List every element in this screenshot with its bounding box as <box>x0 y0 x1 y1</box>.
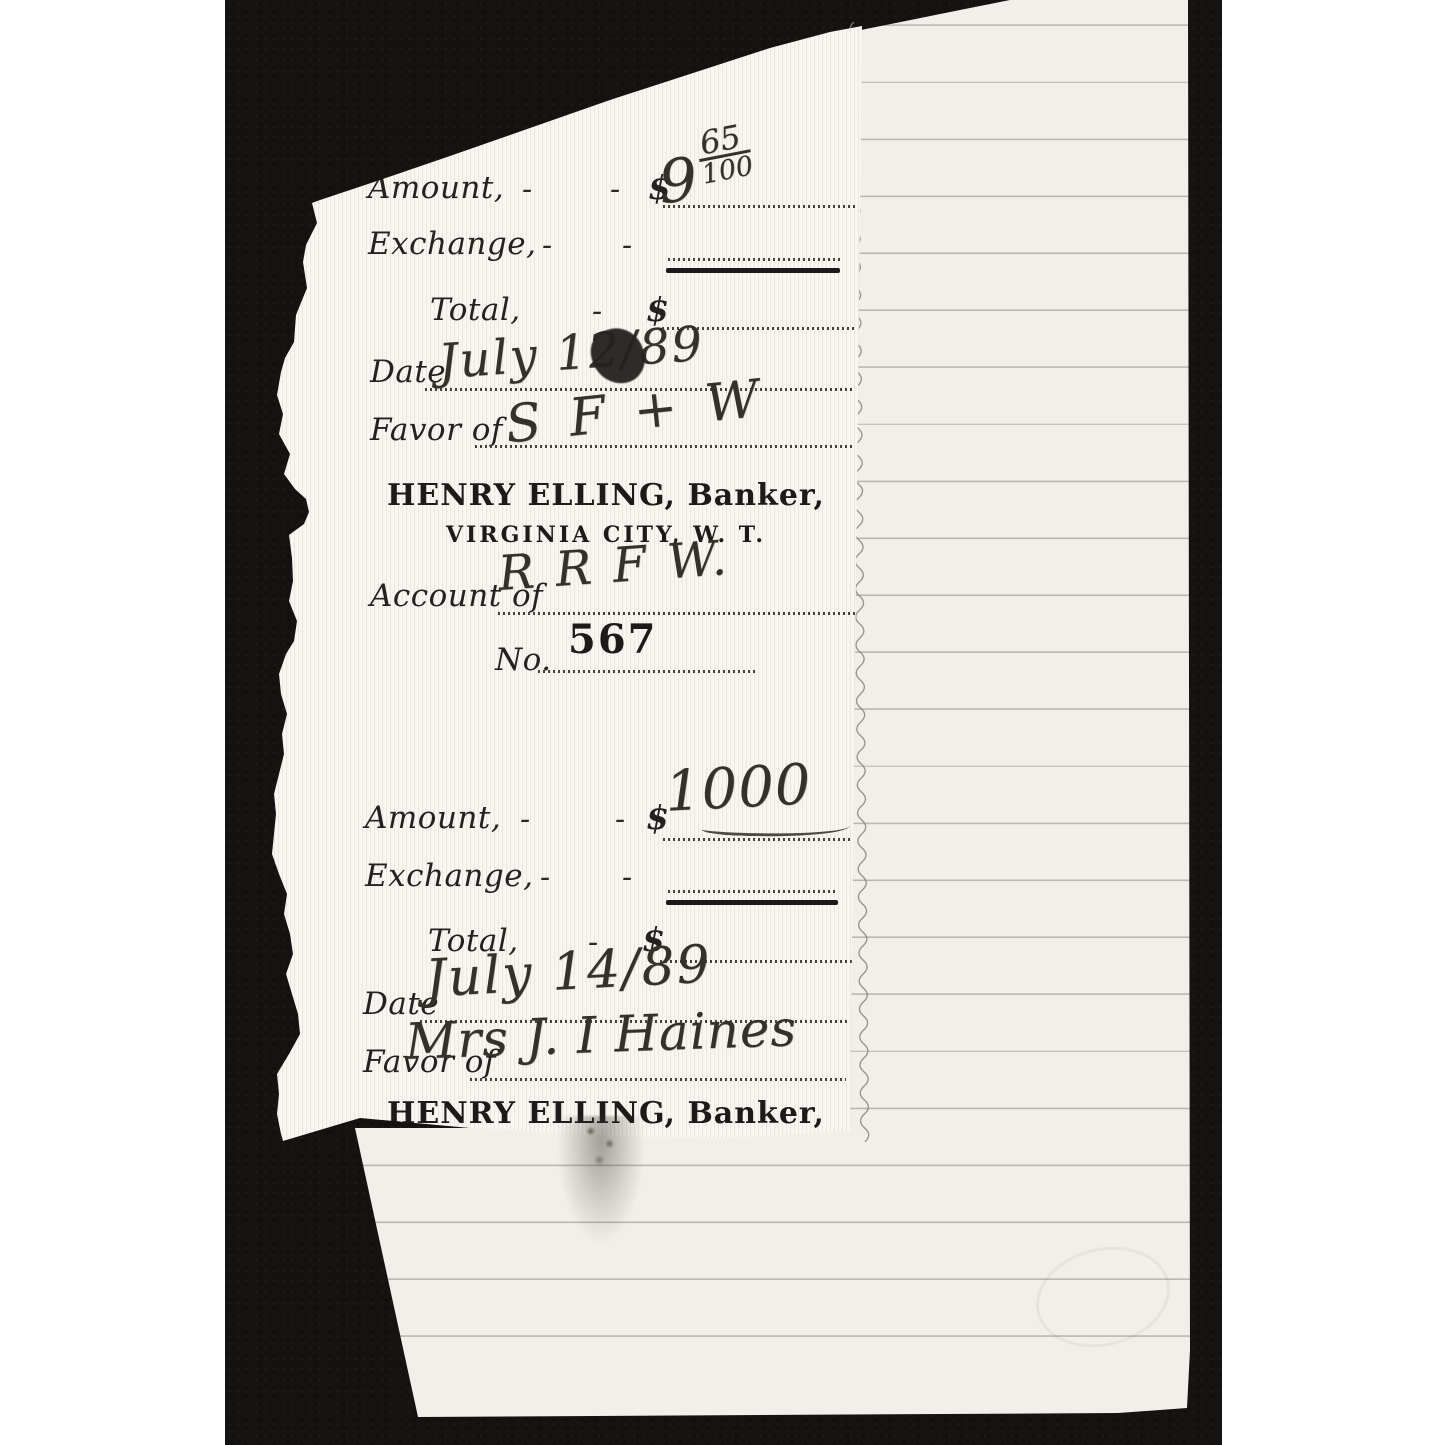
scanned-photo-page: Amount, - - $ 965100 Exchange, - - Total… <box>0 0 1445 1445</box>
amount-dash: - <box>615 802 625 837</box>
amount-line <box>663 838 853 841</box>
exchange-rule <box>666 268 840 273</box>
favor-line <box>475 445 855 448</box>
amount-handwritten: 965100 <box>654 122 755 218</box>
exchange-dash: - <box>540 860 550 895</box>
exchange-rule <box>666 900 838 905</box>
favor-label: Favor of <box>370 412 503 448</box>
exchange-dash: - <box>622 860 632 895</box>
fraction-denominator: 100 <box>700 152 756 189</box>
exchange-dash: - <box>542 228 552 263</box>
exchange-line <box>668 258 840 261</box>
exchange-dash: - <box>622 228 632 263</box>
favor-handwritten: Mrs J. I Haines <box>404 999 798 1071</box>
exchange-line <box>668 890 838 893</box>
bank-name: HENRY ELLING, Banker, <box>346 478 866 513</box>
total-label: Total, <box>430 292 521 328</box>
date-label: Date <box>370 354 446 390</box>
amount-dash: - <box>520 802 530 837</box>
smudge-stain <box>558 1116 644 1242</box>
exchange-label: Exchange, <box>368 226 536 262</box>
no-line <box>538 670 756 673</box>
amount-label: Amount, <box>365 800 501 836</box>
serial-number: 567 <box>568 616 658 663</box>
amount-dash: - <box>610 172 620 207</box>
amount-fraction: 65100 <box>694 120 756 190</box>
deposit-slip: Amount, - - $ 965100 Exchange, - - Total… <box>270 20 870 1145</box>
exchange-label: Exchange, <box>365 858 533 894</box>
amount-dash: - <box>522 172 532 207</box>
amount-handwritten: 1000 <box>663 752 813 825</box>
favor-line <box>470 1078 846 1081</box>
amount-line <box>663 205 855 208</box>
account-line <box>498 612 856 615</box>
underline-swash <box>702 815 851 839</box>
